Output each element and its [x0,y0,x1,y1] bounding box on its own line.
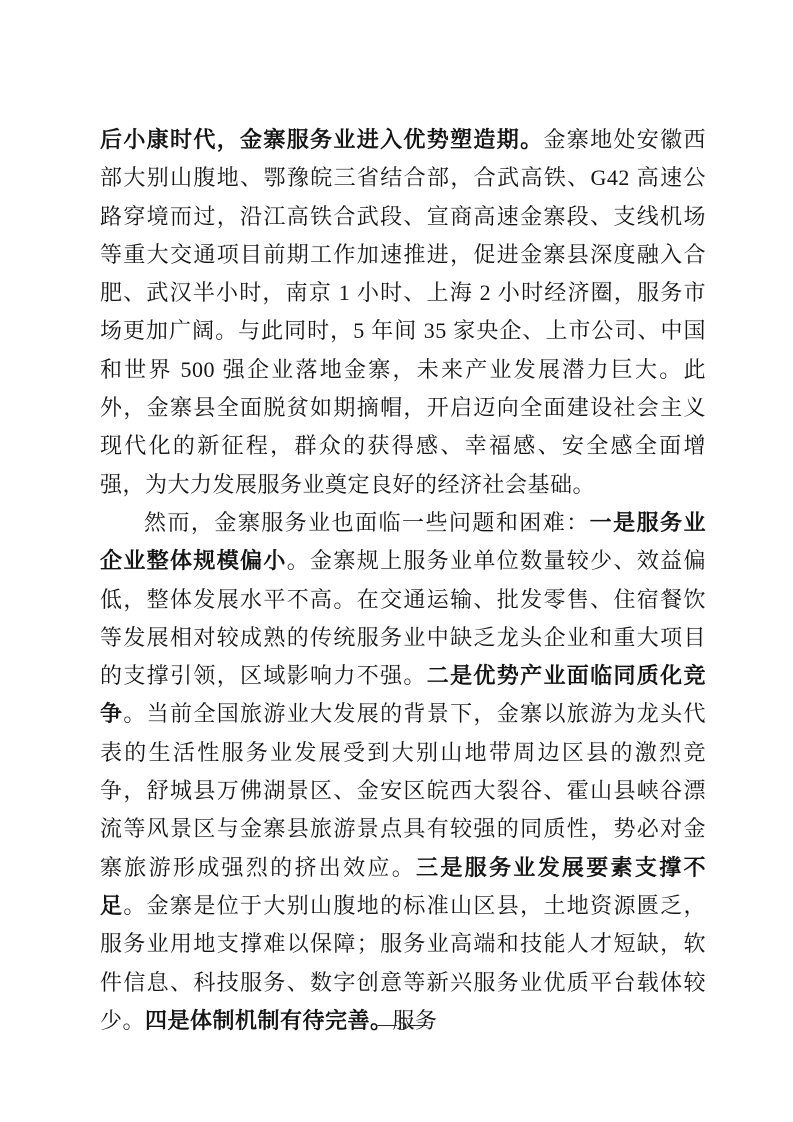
paragraph: 然而，金寨服务业也面临一些问题和困难：一是服务业企业整体规模偏小。金寨规上服务业… [100,504,706,1040]
document-page: 后小康时代，金寨服务业进入优势塑造期。金寨地处安徽西部大别山腹地、鄂豫皖三省结合… [0,0,793,1122]
text-run-bold: 后小康时代，金寨服务业进入优势塑造期。 [100,127,543,152]
page-footer: —5— [100,1012,706,1038]
document-body: 后小康时代，金寨服务业进入优势塑造期。金寨地处安徽西部大别山腹地、鄂豫皖三省结合… [100,121,706,1040]
paragraph: 后小康时代，金寨服务业进入优势塑造期。金寨地处安徽西部大别山腹地、鄂豫皖三省结合… [100,121,706,504]
text-run: 金寨地处安徽西部大别山腹地、鄂豫皖三省结合部，合武高铁、G42 高速公路穿境而过… [100,127,706,497]
page-number: —5— [378,1014,429,1035]
text-run: 然而，金寨服务业也面临一些问题和困难： [144,510,590,535]
text-run: 。当前全国旅游业大发展的背景下，金寨以旅游为龙头代表的生活性服务业发展受到大别山… [100,701,706,879]
